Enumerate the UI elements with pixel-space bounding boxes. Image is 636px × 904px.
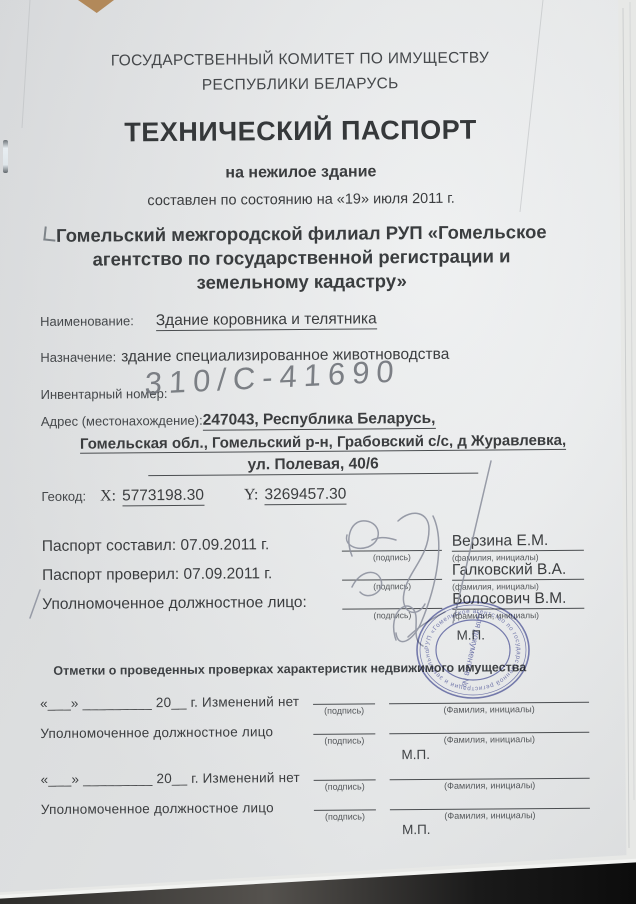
compiled-signature-blank: (подпись) xyxy=(342,533,442,564)
page-subtitle: на нежилое здание xyxy=(1,162,601,185)
seal-place-label-3: М.П. xyxy=(402,822,431,837)
authorized-official-row: Уполномоченное должностное лицо: (подпис… xyxy=(42,590,612,624)
check2-signature-blank: (подпись) xyxy=(314,767,376,791)
geocode-y-value: 3269457.30 xyxy=(264,486,346,506)
check1-name-blank: (Фамилия, инициалы) xyxy=(389,690,589,716)
geocode-y-label: Y: xyxy=(244,486,259,504)
checks-heading: Отметки о проведенных проверках характер… xyxy=(5,660,575,678)
official-name: Волосович В.М. (фамилия, инициалы) xyxy=(452,590,602,621)
check2-official-name-blank: (Фамилия, инициалы) xyxy=(390,796,590,822)
committee-line-2: РЕСПУБЛИКИ БЕЛАРУСЬ xyxy=(0,74,600,97)
geocode-label: Геокод: xyxy=(41,489,86,504)
geocode-x-value: 5773198.30 xyxy=(122,487,204,507)
compiled-name: Верзина Е.М. (фамилия, инициалы) xyxy=(452,532,602,563)
as-of-date-line: составлен по состоянию на «19» июля 2011… xyxy=(1,190,601,211)
agency-line-1: Гомельский межгородской филиал РУП «Гоме… xyxy=(1,220,601,249)
address-field: Адрес (местонахождение):247043, Республи… xyxy=(41,410,436,432)
geocode-x-label: X: xyxy=(100,487,116,505)
checked-label: Паспорт проверил: 07.09.2011 г. xyxy=(42,563,342,595)
agency-name: Гомельский межгородской филиал РУП «Гоме… xyxy=(1,220,602,297)
photo-scene: ГОСУДАРСТВЕННЫЙ КОМИТЕТ ПО ИМУЩЕСТВУ РЕС… xyxy=(0,0,636,904)
check2-official-signature-blank: (подпись) xyxy=(314,797,376,821)
check1-official-name-blank: (Фамилия, инициалы) xyxy=(389,720,589,746)
geocode-field: Геокод: X: 5773198.30 Y: 3269457.30 xyxy=(41,486,346,507)
staple-icon xyxy=(3,140,8,173)
check1-signature-blank: (подпись) xyxy=(313,691,375,715)
address-line-2-wrap: Гомельская обл., Гомельский р-н, Грабовс… xyxy=(43,432,603,454)
name-label: Наименование: xyxy=(40,313,134,329)
address-label: Адрес (местонахождение): xyxy=(41,413,203,429)
check2-name-blank: (Фамилия, инициалы) xyxy=(390,766,590,792)
official-signature-blank: (подпись) xyxy=(342,591,442,622)
purpose-label: Назначение: xyxy=(40,349,116,365)
agency-line-3: земельному кадастру» xyxy=(2,268,602,297)
address-line-3-wrap: ул. Полевая, 40/6 xyxy=(133,454,493,476)
check-block1-official-row: Уполномоченное должностное лицо (подпись… xyxy=(40,720,589,748)
name-value: Здание коровника и телятника xyxy=(156,310,377,331)
checked-name: Галковский В.А. (фамилия, инициалы) xyxy=(452,561,602,592)
official-label: Уполномоченное должностное лицо: xyxy=(42,592,342,624)
check-block2-official-row: Уполномоченное должностное лицо (подпись… xyxy=(41,796,590,824)
address-line-3: ул. Полевая, 40/6 xyxy=(148,455,478,477)
document-content: ГОСУДАРСТВЕННЫЙ КОМИТЕТ ПО ИМУЩЕСТВУ РЕС… xyxy=(0,0,636,904)
seal-place-label: М.П. xyxy=(456,628,485,643)
address-line-1: 247043, Республика Беларусь, xyxy=(203,410,436,431)
check1-official-signature-blank: (подпись) xyxy=(313,721,375,745)
seal-place-label-2: М.П. xyxy=(401,747,430,762)
page-title: ТЕХНИЧЕСКИЙ ПАСПОРТ xyxy=(0,114,600,150)
document-page: ГОСУДАРСТВЕННЫЙ КОМИТЕТ ПО ИМУЩЕСТВУ РЕС… xyxy=(0,0,636,904)
staple-mark-icon xyxy=(43,226,56,241)
check-block2-date-row: «___» _________ 20__ г. Изменений нет (п… xyxy=(41,766,590,794)
checked-signature-blank: (подпись) xyxy=(342,562,442,593)
check-block1-date-row: «___» _________ 20__ г. Изменений нет (п… xyxy=(40,690,589,718)
committee-line-1: ГОСУДАРСТВЕННЫЙ КОМИТЕТ ПО ИМУЩЕСТВУ xyxy=(0,49,600,72)
address-line-2: Гомельская обл., Гомельский р-н, Грабовс… xyxy=(80,432,566,454)
name-field: Наименование: Здание коровника и телятни… xyxy=(40,310,377,332)
compiled-label: Паспорт составил: 07.09.2011 г. xyxy=(42,534,342,566)
